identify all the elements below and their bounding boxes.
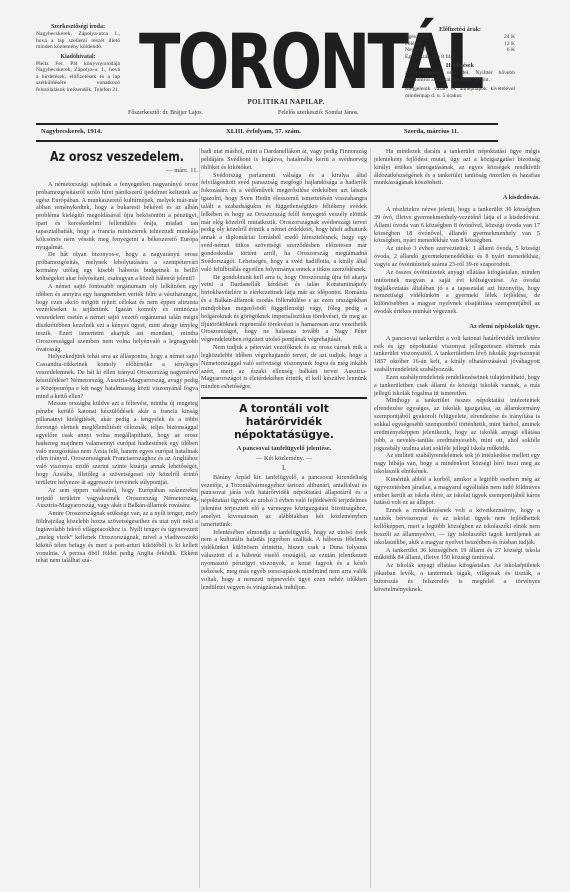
article-dateline: — márc. 11. [36, 167, 198, 175]
article-paragraph: A németországi sajtónak a fenyegetően na… [36, 181, 198, 252]
issue-date: Szerda, március 11. [404, 128, 459, 135]
place-year: Nagybecskerek, 1914. [41, 128, 102, 135]
article-paragraph: Az említett szabályrendeletnek sok jó in… [374, 452, 540, 476]
article-paragraph: Bárány Árpád kir. tanfelügyelő, a pancso… [201, 474, 367, 529]
column-3: Ha mindezek dacára a tankerület népoktat… [374, 148, 540, 594]
article-paragraph: Ha mindezek dacára a tankerület népoktat… [374, 148, 540, 187]
article-paragraph: Ezen szabályrendeletek rendelkezéseinek … [374, 374, 540, 398]
article-paragraph: badi utat máshol, mint a Dardanellákon á… [201, 148, 367, 172]
column-2: badi utat máshol, mint a Dardanellákon á… [201, 148, 367, 591]
article-paragraph: A pancsovai tankerület a volt katonai ha… [374, 335, 540, 374]
advertising-text: a kiadóhivatal vesz fel. Nyilttér bővebb… [405, 70, 515, 83]
article-paragraph: Kimértük abból a korból, amikor a legtöb… [374, 476, 540, 507]
advertising-heading: Hirdetések [405, 63, 515, 69]
article-paragraph: Minthogy a tankerület összes népoktatási… [374, 397, 540, 452]
masthead: Szerkesztőségi iroda: Nagybecskerek, Záp… [36, 24, 556, 120]
article-divider [201, 397, 367, 399]
price-value: 6 K [507, 47, 515, 53]
column-separator [199, 148, 200, 888]
article-paragraph: A német sajtó fontosabb orgánumain oly l… [36, 283, 198, 354]
article-headline: Az orosz veszedelem. [48, 150, 186, 165]
article-part-number: I. [201, 465, 367, 473]
article-kicker: A pancsovai tanfelügyelő jelentése. [201, 445, 367, 453]
article-paragraph: A tankerület 36 községében 19 állami és … [374, 547, 540, 563]
single-copy-price: Egyes szám ára 8 fillér. [405, 54, 515, 60]
article-paragraph: A részletekre nézve jelenti, hogy a tank… [374, 206, 540, 245]
article-headline: A torontáli volt határőrvidék népoktatás… [201, 403, 367, 442]
issue-number: XLIII. évfolyam, 57. szám. [226, 128, 301, 135]
article-paragraph: De hát olyan bizonyos-e, hogy a nagyarán… [36, 251, 198, 282]
editorial-office-heading: Szerkesztőségi iroda: [36, 24, 120, 30]
editorial-office-text: Nagybecskerek, Zápolya-utca 1., hová a l… [36, 31, 120, 50]
article-paragraph: Nem tudjuk a pétervári vezetőknek és az … [201, 344, 367, 391]
article-paragraph: Az iskolák anyagi ellátása kifogástalan.… [374, 562, 540, 593]
article-paragraph: Az utolsó 3 évben szerveztettek: 1 állam… [374, 245, 540, 269]
editor-in-chief: Főszerkesztő: dr. Brájjer Lajos. [128, 110, 203, 116]
subscription-box: Előfizetési árak: Egész évre 24 K Félévr… [405, 27, 515, 102]
publication-schedule: Megjelenik vasár- és ünnepnapok kivételé… [405, 86, 515, 99]
article-paragraph: Ennek a rendelkezésnek volt a következmé… [374, 507, 540, 546]
dateline-rule [36, 140, 498, 142]
column-separator [370, 148, 371, 888]
article-paragraph: Az sem éppen valószínű, hogy Európában s… [36, 487, 198, 511]
article-paragraph: De gondolnunk kell arra is, hogy Oroszor… [201, 274, 367, 345]
publisher-office-text: Pleitz Fer. Pál könyvnyomdája Nagybecske… [36, 61, 120, 93]
responsible-editor: Felelős szerkesztő: Somfai János. [278, 110, 359, 116]
editorial-office-box: Szerkesztőségi iroda: Nagybecskerek, Záp… [36, 24, 120, 96]
section-heading-kindergarten: A kisdedóvás. [374, 194, 540, 202]
newspaper-subtitle: POLITIKAI NAPILAP. [226, 98, 346, 106]
publisher-office-heading: Kiadóhivatal: [36, 54, 120, 60]
newspaper-page: Szerkesztőségi iroda: Nagybecskerek, Záp… [0, 0, 570, 892]
article-paragraph: Svédország parlamenti válsága és a királ… [201, 172, 367, 274]
subscription-heading: Előfizetési árak: [405, 27, 515, 33]
section-heading-elementary-schools: Az elemi népiskolák ügye. [374, 323, 540, 331]
article-paragraph: Helyezkedjünk tehát arra az álláspontra,… [36, 353, 198, 400]
article-paragraph: Messze országba küldve azt a féltevést, … [36, 400, 198, 486]
masthead-rule [36, 123, 498, 125]
price-label: Negyedévre [405, 47, 432, 53]
article-paragraph: Amire Oroszországnak szüksége van, az a … [36, 510, 198, 565]
newspaper-title: TORONTÁL [139, 26, 393, 100]
article-paragraph: Az összes óvóintézetek anyagi ellátása k… [374, 269, 540, 316]
column-1: Az orosz veszedelem. — márc. 11. A német… [36, 148, 198, 565]
article-series-note: — Két közlemény. — [201, 455, 367, 463]
article-paragraph: Jelentésében elmondja a tanfelügyelő, ho… [201, 529, 367, 592]
